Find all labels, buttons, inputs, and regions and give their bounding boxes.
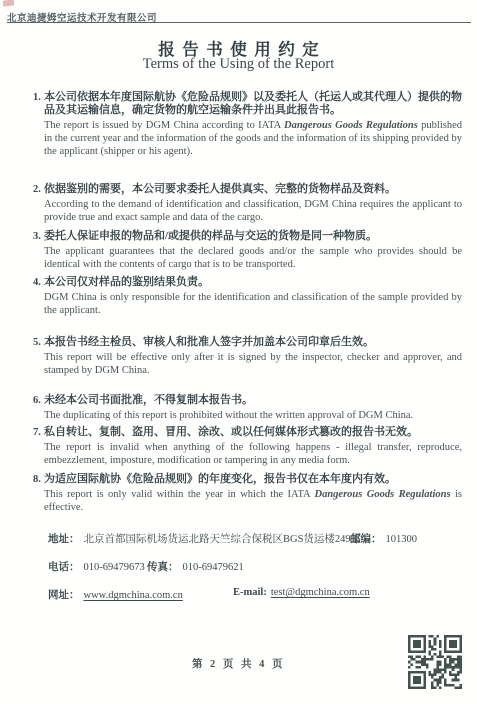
phone-label: 电话：	[48, 562, 80, 573]
website-label: 网址：	[48, 590, 80, 601]
term-item: 8. 为适应国际航协《危险品规则》的年度变化，报告书仅在本年度内有效。 This…	[33, 473, 462, 514]
term-number: 1.	[33, 91, 41, 104]
phone-value: 010-69479673	[84, 562, 145, 573]
term-number: 5.	[33, 336, 41, 349]
term-item: 6. 未经本公司书面批准，不得复制本报告书。 The duplicating o…	[33, 394, 462, 422]
qr-code	[408, 633, 462, 691]
term-number: 6.	[33, 394, 41, 407]
page-indicator: 第 2 页 共 4 页	[0, 656, 477, 671]
document-page: 北京迪捷姆空运技术开发有限公司 报告书使用约定 Terms of the Usi…	[0, 0, 477, 704]
term-item: 7. 私自转让、复制、盗用、冒用、涂改、或以任何媒体形式篡改的报告书无效。 Th…	[33, 426, 462, 467]
term-text-zh: 本报告书经主检员、审核人和批准人签字并加盖本公司印章后生效。	[44, 336, 462, 349]
term-number: 7.	[33, 426, 41, 439]
term-text-en: According to the demand of identificatio…	[44, 198, 462, 224]
term-text-zh: 依据鉴别的需要，本公司要求委托人提供真实、完整的货物样品及资料。	[44, 183, 462, 196]
term-text-zh: 委托人保证申报的物品和/或提供的样品与交运的货物是同一种物质。	[44, 230, 462, 243]
term-text-zh: 本公司仅对样品的鉴别结果负责。	[44, 276, 462, 289]
term-text-en: This report will be effective only after…	[44, 351, 462, 377]
terms-list: 1. 本公司依据本年度国际航协《危险品规则》以及委托人（托运人或其代理人）提供的…	[33, 91, 462, 514]
term-text-en: The report is issued by DGM China accord…	[44, 119, 462, 158]
term-item: 1. 本公司依据本年度国际航协《危险品规则》以及委托人（托运人或其代理人）提供的…	[33, 91, 462, 158]
header-rule	[7, 22, 471, 23]
term-text-en: The applicant guarantees that the declar…	[44, 245, 462, 271]
page-title-en: Terms of the Using of the Report	[0, 56, 477, 73]
term-number: 8.	[33, 473, 41, 486]
emphasized-regulation-title: Dangerous Goods Regulations	[284, 120, 418, 131]
address-label: 地址：	[48, 534, 80, 545]
term-item: 5. 本报告书经主检员、审核人和批准人签字并加盖本公司印章后生效。 This r…	[33, 336, 462, 377]
term-text-zh: 未经本公司书面批准，不得复制本报告书。	[44, 394, 462, 407]
term-text-en: The duplicating of this report is prohib…	[44, 409, 462, 422]
term-text-en: DGM China is only responsible for the id…	[44, 291, 462, 317]
term-text-en: This report is only valid within the yea…	[44, 488, 462, 514]
zip-label: 邮编：	[350, 534, 382, 545]
web-row: 网址：www.dgmchina.com.cn E-mail:test@dgmch…	[48, 580, 477, 608]
scan-artifact-red-mark	[3, 0, 15, 7]
email-value: test@dgmchina.com.cn	[271, 587, 370, 598]
term-number: 2.	[33, 183, 41, 196]
term-number: 3.	[33, 230, 41, 243]
term-item: 3. 委托人保证申报的物品和/或提供的样品与交运的货物是同一种物质。 The a…	[33, 230, 462, 271]
fax-label: 传真：	[147, 562, 179, 573]
contact-block: 地址：北京首都国际机场货运北路天竺综合保税区BGS货运楼249室 邮编：1013…	[48, 524, 477, 608]
term-item: 4. 本公司仅对样品的鉴别结果负责。 DGM China is only res…	[33, 276, 462, 317]
fax-value: 010-69479621	[183, 562, 244, 573]
email-label: E-mail:	[233, 587, 267, 598]
term-item: 2. 依据鉴别的需要，本公司要求委托人提供真实、完整的货物样品及资料。 Acco…	[33, 183, 462, 224]
term-text-zh: 私自转让、复制、盗用、冒用、涂改、或以任何媒体形式篡改的报告书无效。	[44, 426, 462, 439]
address-value: 北京首都国际机场货运北路天竺综合保税区BGS货运楼249室	[84, 534, 362, 545]
term-number: 4.	[33, 276, 41, 289]
phone-row: 电话：010-69479673 传真：010-69479621	[48, 552, 477, 580]
emphasized-regulation-title: Dangerous Goods Regulations	[314, 489, 450, 500]
term-text-zh: 为适应国际航协《危险品规则》的年度变化，报告书仅在本年度内有效。	[44, 473, 462, 486]
term-text-en: The report is invalid when anything of t…	[44, 441, 462, 467]
zip-value: 101300	[386, 534, 418, 545]
term-text-zh: 本公司依据本年度国际航协《危险品规则》以及委托人（托运人或其代理人）提供的物品及…	[44, 91, 462, 117]
website-value: www.dgmchina.com.cn	[84, 590, 183, 601]
address-row: 地址：北京首都国际机场货运北路天竺综合保税区BGS货运楼249室 邮编：1013…	[48, 524, 477, 552]
